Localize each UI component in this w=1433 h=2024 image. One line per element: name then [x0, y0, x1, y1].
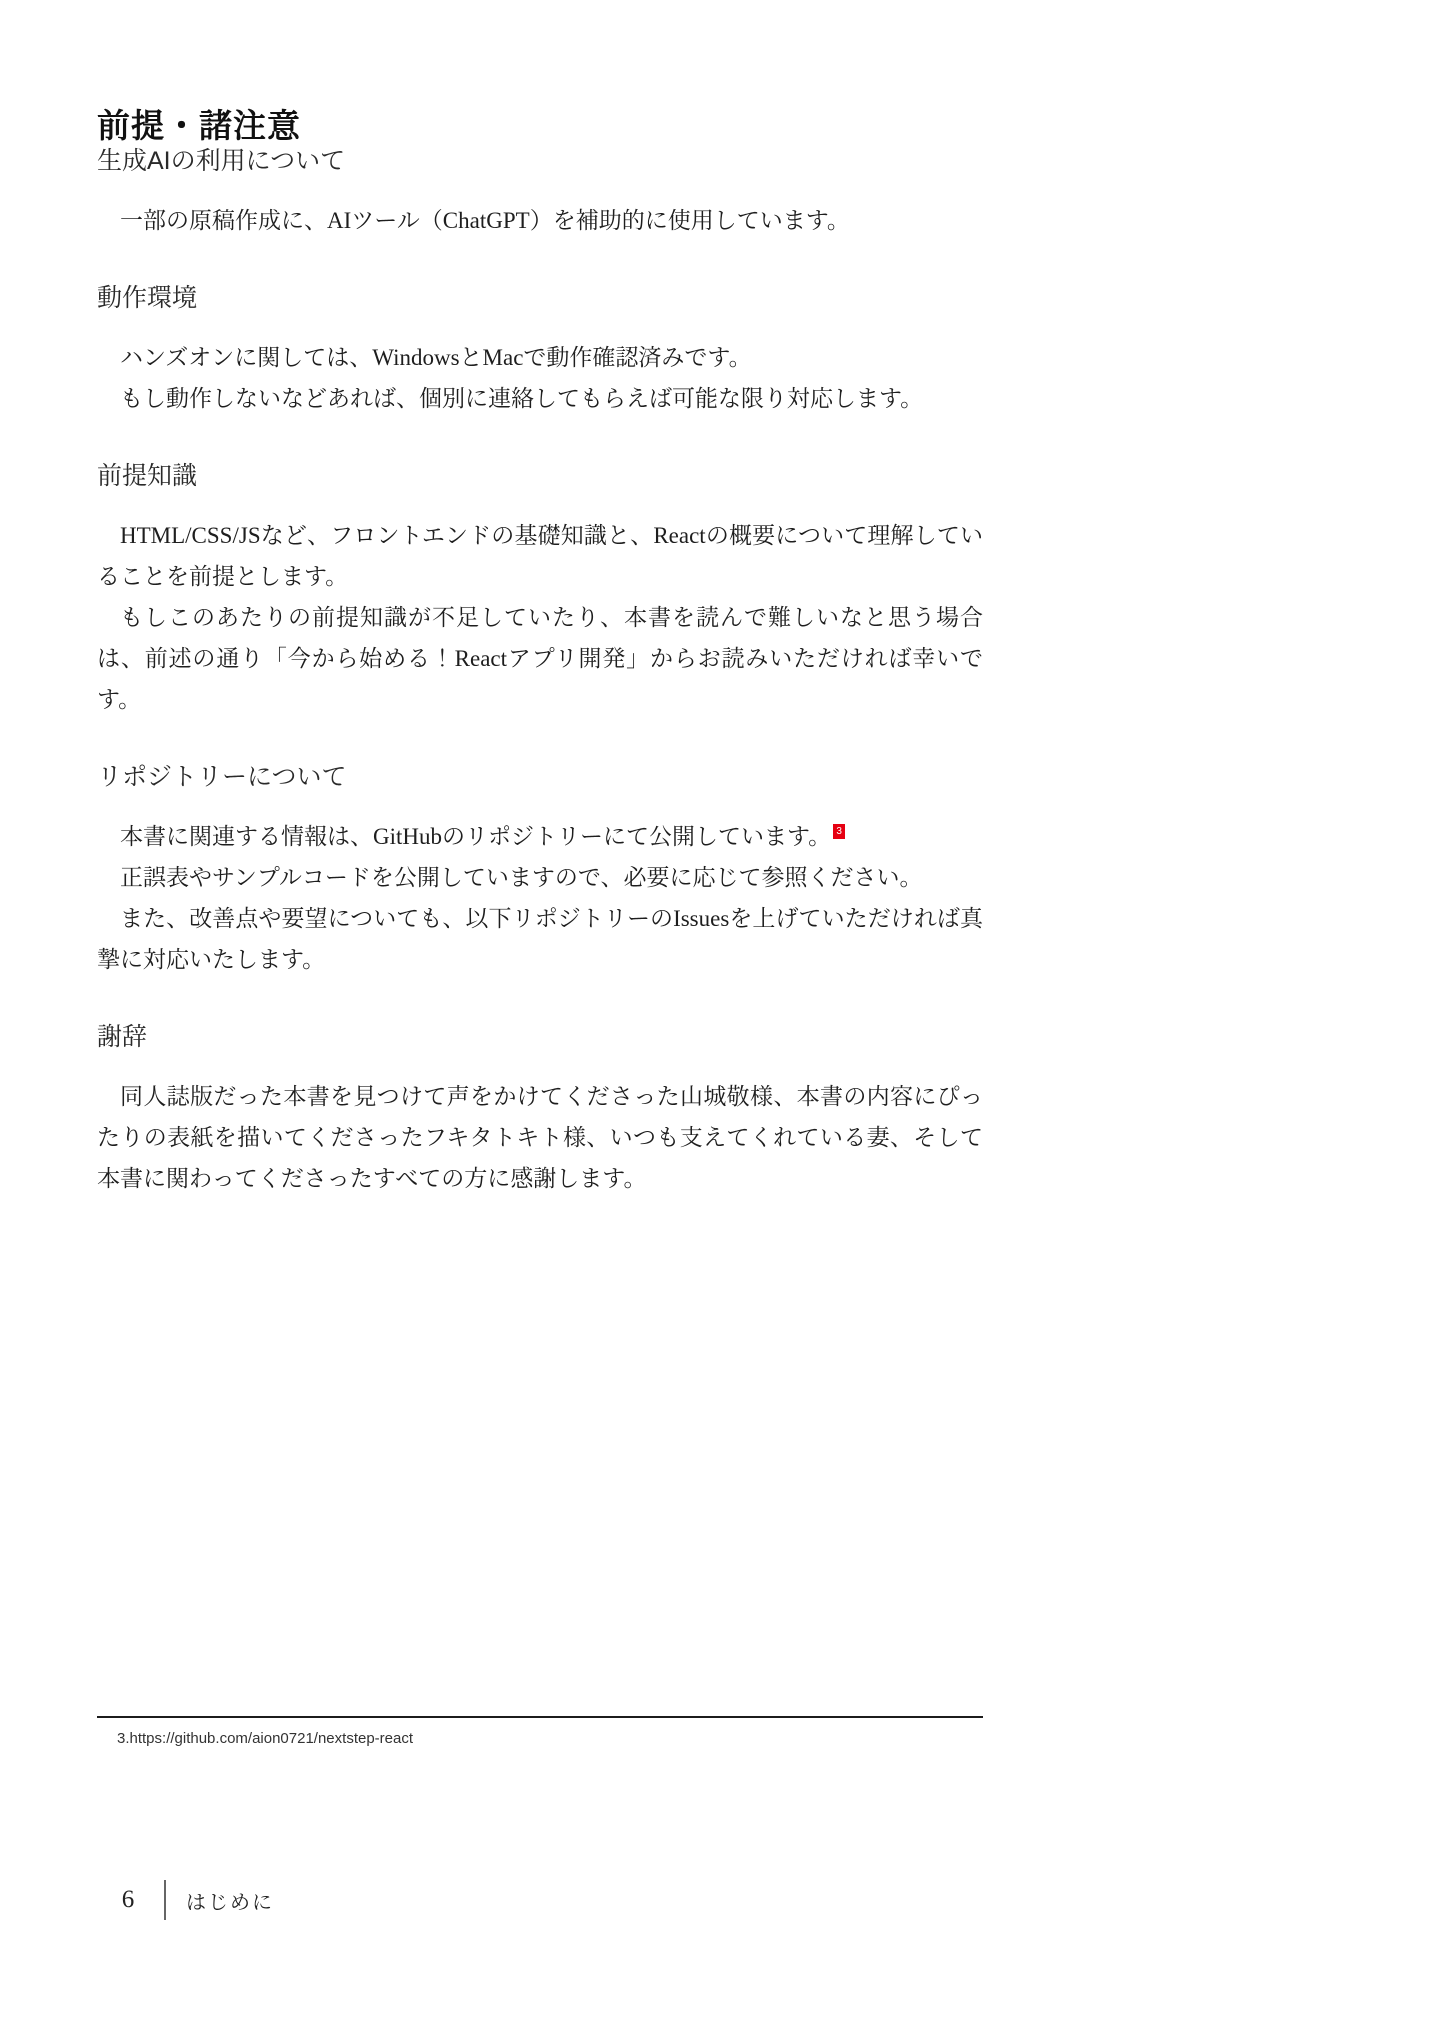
paragraph: 一部の原稿作成に、AIツール（ChatGPT）を補助的に使用しています。: [97, 200, 983, 241]
document-page: 前提・諸注意 生成AIの利用について 一部の原稿作成に、AIツール（ChatGP…: [0, 0, 1433, 2024]
section-heading: 生成AIの利用について: [97, 146, 983, 176]
section-repository: リポジトリーについて 本書に関連する情報は、GitHubのリポジトリーにて公開し…: [97, 762, 983, 980]
chapter-title: はじめに: [186, 1886, 274, 1915]
footnote-text: 3.https://github.com/aion0721/nextstep-r…: [97, 1730, 983, 1748]
paragraph: 本書に関連する情報は、GitHubのリポジトリーにて公開しています。3: [97, 816, 983, 857]
section-heading: 前提知識: [97, 461, 983, 491]
section-generative-ai: 生成AIの利用について 一部の原稿作成に、AIツール（ChatGPT）を補助的に…: [97, 146, 983, 241]
paragraph: 正誤表やサンプルコードを公開していますので、必要に応じて参照ください。: [97, 857, 983, 898]
section-acknowledgments: 謝辞 同人誌版だった本書を見つけて声をかけてくださった山城敬様、本書の内容にぴっ…: [97, 1022, 983, 1199]
section-heading: リポジトリーについて: [97, 762, 983, 792]
paragraph: HTML/CSS/JSなど、フロントエンドの基礎知識と、Reactの概要について…: [97, 515, 983, 597]
paragraph: もしこのあたりの前提知識が不足していたり、本書を読んで難しいなと思う場合は、前述…: [97, 597, 983, 720]
footnote-ref-badge[interactable]: 3: [833, 824, 845, 839]
paragraph: 同人誌版だった本書を見つけて声をかけてくださった山城敬様、本書の内容にぴったりの…: [97, 1076, 983, 1199]
page-content: 前提・諸注意 生成AIの利用について 一部の原稿作成に、AIツール（ChatGP…: [97, 0, 983, 1199]
footer-divider: [164, 1880, 166, 1920]
paragraph: ハンズオンに関しては、WindowsとMacで動作確認済みです。: [97, 337, 983, 378]
page-title: 前提・諸注意: [97, 0, 983, 146]
paragraph: また、改善点や要望についても、以下リポジトリーのIssuesを上げていただければ…: [97, 898, 983, 980]
section-prerequisites: 前提知識 HTML/CSS/JSなど、フロントエンドの基礎知識と、Reactの概…: [97, 461, 983, 720]
footnote-area: 3.https://github.com/aion0721/nextstep-r…: [97, 1716, 983, 1748]
paragraph-text: 本書に関連する情報は、GitHubのリポジトリーにて公開しています。: [120, 824, 831, 849]
page-number: 6: [118, 1886, 138, 1914]
page-footer: 6 はじめに: [118, 1880, 274, 1920]
section-environment: 動作環境 ハンズオンに関しては、WindowsとMacで動作確認済みです。 もし…: [97, 283, 983, 419]
paragraph: もし動作しないなどあれば、個別に連絡してもらえば可能な限り対応します。: [97, 378, 983, 419]
section-heading: 謝辞: [97, 1022, 983, 1052]
section-heading: 動作環境: [97, 283, 983, 313]
